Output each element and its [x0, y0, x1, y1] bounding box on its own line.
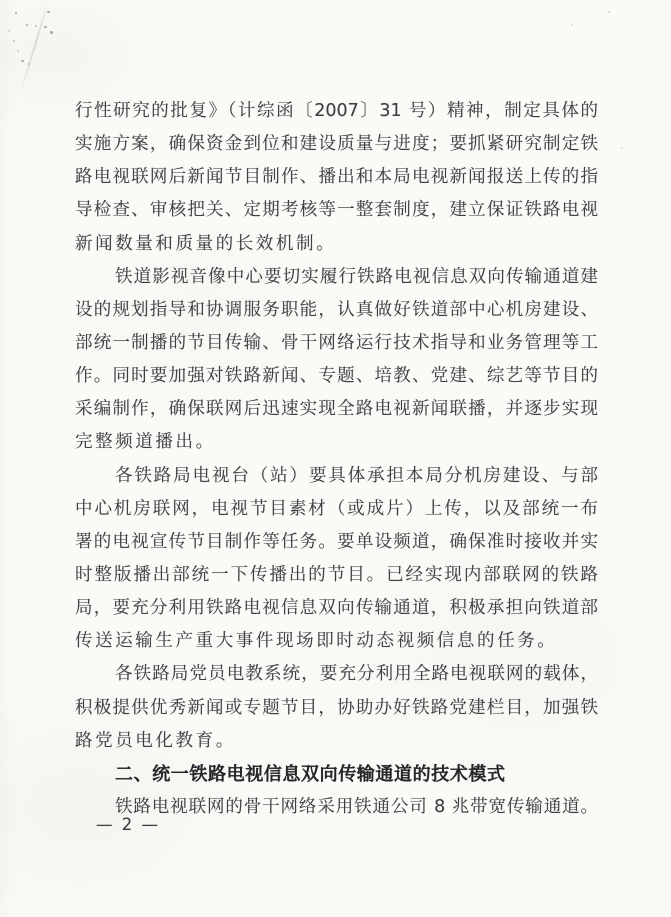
text-line: 路党员电化教育。 [75, 725, 598, 758]
text-line: 局，要充分利用铁路电视信息双向传输通道，积极承担向铁道部 [75, 592, 598, 625]
section-heading: 二、统一铁路电视信息双向传输通道的技术模式 [75, 758, 598, 791]
scan-speck [15, 12, 17, 14]
scan-speck [26, 24, 28, 26]
text-line: 中心机房联网，电视节目素材（或成片）上传，以及部统一布 [75, 493, 598, 526]
scan-speck [47, 11, 50, 13]
scan-crease-artifact [20, 6, 48, 93]
scan-speck [13, 40, 15, 42]
text-line: 导检查、审核把关、定期考核等一整套制度，建立保证铁路电视 [75, 194, 598, 227]
text-line: 时整版播出部统一下传播出的节目。已经实现内部联网的铁路 [75, 559, 598, 592]
text-line: 设的规划指导和协调服务职能，认真做好铁道部中心机房建设、 [75, 294, 598, 327]
text-line: 部统一制播的节目传输、骨干网络运行技术指导和业务管理等工 [75, 327, 598, 360]
text-line: 铁道影视音像中心要切实履行铁路电视信息双向传输通道建 [75, 261, 598, 294]
scan-speck [28, 63, 30, 65]
text-line: 行性研究的批复》（计综函〔2007〕31 号）精神，制定具体的 [75, 95, 598, 128]
scan-speck [571, 24, 573, 26]
scan-speck [17, 50, 19, 52]
text-line: 实施方案，确保资金到位和建设质量与进度；要抓紧研究制定铁 [75, 128, 598, 161]
text-line: 完整频道播出。 [75, 426, 598, 459]
scan-speck [621, 147, 623, 149]
text-line: 积极提供优秀新闻或专题节目，协助办好铁路党建栏目，加强铁 [75, 692, 598, 725]
scan-speck [21, 60, 24, 62]
text-line: 采编制作，确保联网后迅速实现全路电视新闻联播，并逐步实现 [75, 393, 598, 426]
scan-speck [8, 30, 10, 32]
scan-speck [50, 31, 53, 34]
text-line: 路电视联网后新闻节目制作、播出和本局电视新闻报送上传的指 [75, 161, 598, 194]
scan-speck [35, 25, 37, 27]
text-line: 传送运输生产重大事件现场即时动态视频信息的任务。 [75, 625, 598, 658]
scanned-document-page: 行性研究的批复》（计综函〔2007〕31 号）精神，制定具体的实施方案，确保资金… [0, 0, 671, 917]
text-line: 作。同时要加强对铁路新闻、专题、培教、党建、综艺等节目的 [75, 360, 598, 393]
text-line: 署的电视宣传节目制作等任务。要单设频道，确保准时接收并实 [75, 526, 598, 559]
text-line: 各铁路局党员电教系统，要充分利用全路电视联网的载体， [75, 658, 598, 691]
scan-speck [44, 26, 47, 28]
text-line: 各铁路局电视台（站）要具体承担本局分机房建设、与部 [75, 460, 598, 493]
scan-speck [608, 11, 610, 13]
page-number: — 2 — [96, 813, 160, 837]
document-body: 行性研究的批复》（计综函〔2007〕31 号）精神，制定具体的实施方案，确保资金… [75, 95, 598, 824]
text-line: 新闻数量和质量的长效机制。 [75, 228, 598, 261]
